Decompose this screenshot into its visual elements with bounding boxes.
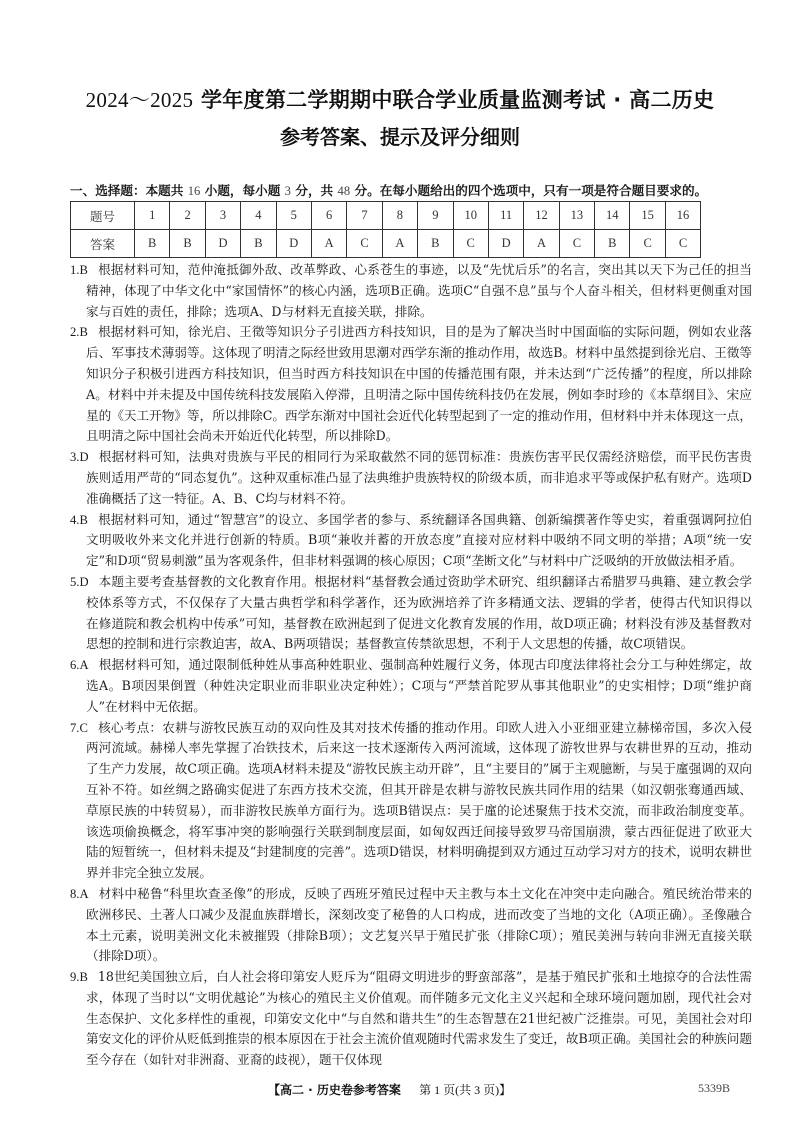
item-label: 2.B (70, 325, 88, 339)
item-label: 9.B (70, 970, 88, 984)
document-code: 5339B (698, 1081, 730, 1096)
item-label: 3.D (70, 450, 89, 464)
answer-cell: B (135, 230, 170, 258)
item-text: 根据材料可知，通过限制低种姓从事高种姓职业、强制高种姓履行义务，体现古印度法律将… (86, 657, 752, 714)
answer-cell: D (276, 230, 311, 258)
answer-cell: A (382, 230, 417, 258)
page-number: 第 1 页(共 3 页)】 (419, 1083, 511, 1097)
explanation-item: 3.D根据材料可知，法典对贵族与平民的相同行为采取截然不同的惩罚标准：贵族伤害平… (70, 447, 752, 509)
question-number-cell: 3 (205, 202, 240, 230)
heading-text: 分。在每小题给出的四个选项中，只有一项是符合题目要求的。 (355, 183, 708, 198)
question-number-cell: 15 (630, 202, 665, 230)
explanation-item: 1.B根据材料可知，范仲淹抵御外敌、改革弊政、心系苍生的事迹，以及“先忧后乐”的… (70, 260, 752, 322)
item-label: 4.B (70, 513, 88, 527)
points-each: 3 (285, 184, 291, 198)
question-number-cell: 6 (311, 202, 346, 230)
answer-cell: D (205, 230, 240, 258)
heading-text: 一、选择题：本题共 (70, 183, 183, 198)
explanation-item: 8.A材料中秘鲁“科里坎查圣像”的形成，反映了西班牙殖民过程中天主教与本土文化在… (70, 884, 752, 967)
answer-cell: C (347, 230, 382, 258)
question-number-cell: 8 (382, 202, 417, 230)
question-number-cell: 14 (595, 202, 630, 230)
question-number-cell: 9 (418, 202, 453, 230)
question-number-row: 题号 12345678910111213141516 (71, 202, 701, 230)
answer-table: 题号 12345678910111213141516 答案 BBDBDACABC… (70, 201, 701, 258)
footer-label: 【高二 · 历史卷参考答案 (268, 1083, 401, 1097)
item-text: 根据材料可知，法典对贵族与平民的相同行为采取截然不同的惩罚标准：贵族伤害平民仅需… (86, 449, 752, 506)
answer-cell: C (453, 230, 488, 258)
question-number-cell: 11 (488, 202, 523, 230)
item-text: 根据材料可知，通过“智慧宫”的设立、多国学者的参与、系统翻译各国典籍、创新编撰著… (86, 512, 752, 569)
question-number-cell: 7 (347, 202, 382, 230)
question-number-cell: 12 (524, 202, 559, 230)
question-number-cell: 2 (170, 202, 205, 230)
item-text: 材料中秘鲁“科里坎查圣像”的形成，反映了西班牙殖民过程中天主教与本土文化在冲突中… (86, 886, 752, 963)
title-year: 2024～2025 (86, 88, 194, 112)
answer-cell: A (311, 230, 346, 258)
answer-cell: C (665, 230, 700, 258)
item-label: 7.C (70, 721, 88, 735)
heading-text: 分，共 (295, 183, 333, 198)
item-text: 根据材料可知，徐光启、王徵等知识分子引进西方科技知识，目的是为了解决当时中国面临… (86, 324, 752, 443)
answer-row: 答案 BBDBDACABCDACBCC (71, 230, 701, 258)
question-number-cell: 1 (135, 202, 170, 230)
answer-cell: B (170, 230, 205, 258)
item-label: 6.A (70, 658, 89, 672)
row-label: 题号 (71, 202, 135, 230)
heading-text: 小题，每小题 (205, 183, 281, 198)
answer-cell: D (488, 230, 523, 258)
question-number-cell: 10 (453, 202, 488, 230)
item-label: 5.D (70, 575, 89, 589)
total-points: 48 (338, 184, 351, 198)
answer-cell: A (524, 230, 559, 258)
explanation-item: 2.B根据材料可知，徐光启、王徵等知识分子引进西方科技知识，目的是为了解决当时中… (70, 322, 752, 447)
explanation-item: 9.B18世纪美国独立后，白人社会将印第安人贬斥为“阻碍文明进步的野蛮部落”，是… (70, 967, 752, 1071)
question-number-cell: 16 (665, 202, 700, 230)
answer-cell: C (630, 230, 665, 258)
item-text: 核心考点：农耕与游牧民族互动的双向性及其对技术传播的推动作用。印欧人进入小亚细亚… (86, 720, 752, 881)
explanation-item: 4.B根据材料可知，通过“智慧宫”的设立、多国学者的参与、系统翻译各国典籍、创新… (70, 510, 752, 572)
item-text: 根据材料可知，范仲淹抵御外敌、改革弊政、心系苍生的事迹，以及“先忧后乐”的名言，… (86, 262, 752, 319)
row-label: 答案 (71, 230, 135, 258)
answer-cell: B (418, 230, 453, 258)
question-number-cell: 4 (241, 202, 276, 230)
item-label: 8.A (70, 887, 89, 901)
section-heading: 一、选择题：本题共 16 小题，每小题 3 分，共 48 分。在每小题给出的四个… (70, 180, 770, 199)
page-footer: 【高二 · 历史卷参考答案 第 1 页(共 3 页)】 (268, 1081, 511, 1098)
question-number-cell: 5 (276, 202, 311, 230)
question-number-cell: 13 (559, 202, 594, 230)
answer-cell: C (559, 230, 594, 258)
answer-cell: B (241, 230, 276, 258)
explanation-item: 5.D本题主要考查基督教的文化教育作用。根据材料“基督教会通过资助学术研究、组织… (70, 572, 752, 655)
explanation-item: 6.A根据材料可知，通过限制低种姓从事高种姓职业、强制高种姓履行义务，体现古印度… (70, 655, 752, 717)
question-count: 16 (188, 184, 201, 198)
item-label: 1.B (70, 263, 88, 277)
answer-cell: B (595, 230, 630, 258)
document-subtitle: 参考答案、提示及评分细则 (0, 121, 800, 150)
item-text: 18世纪美国独立后，白人社会将印第安人贬斥为“阻碍文明进步的野蛮部落”，是基于殖… (86, 969, 752, 1067)
item-text: 本题主要考查基督教的文化教育作用。根据材料“基督教会通过资助学术研究、组织翻译古… (86, 574, 752, 651)
explanation-item: 7.C核心考点：农耕与游牧民族互动的双向性及其对技术传播的推动作用。印欧人进入小… (70, 718, 752, 884)
explanation-list: 1.B根据材料可知，范仲淹抵御外敌、改革弊政、心系苍生的事迹，以及“先忧后乐”的… (70, 260, 752, 1071)
document-title: 2024～2025 学年度第二学期期中联合学业质量监测考试 · 高二历史 (0, 84, 800, 114)
title-main: 学年度第二学期期中联合学业质量监测考试 · 高二历史 (201, 88, 714, 112)
